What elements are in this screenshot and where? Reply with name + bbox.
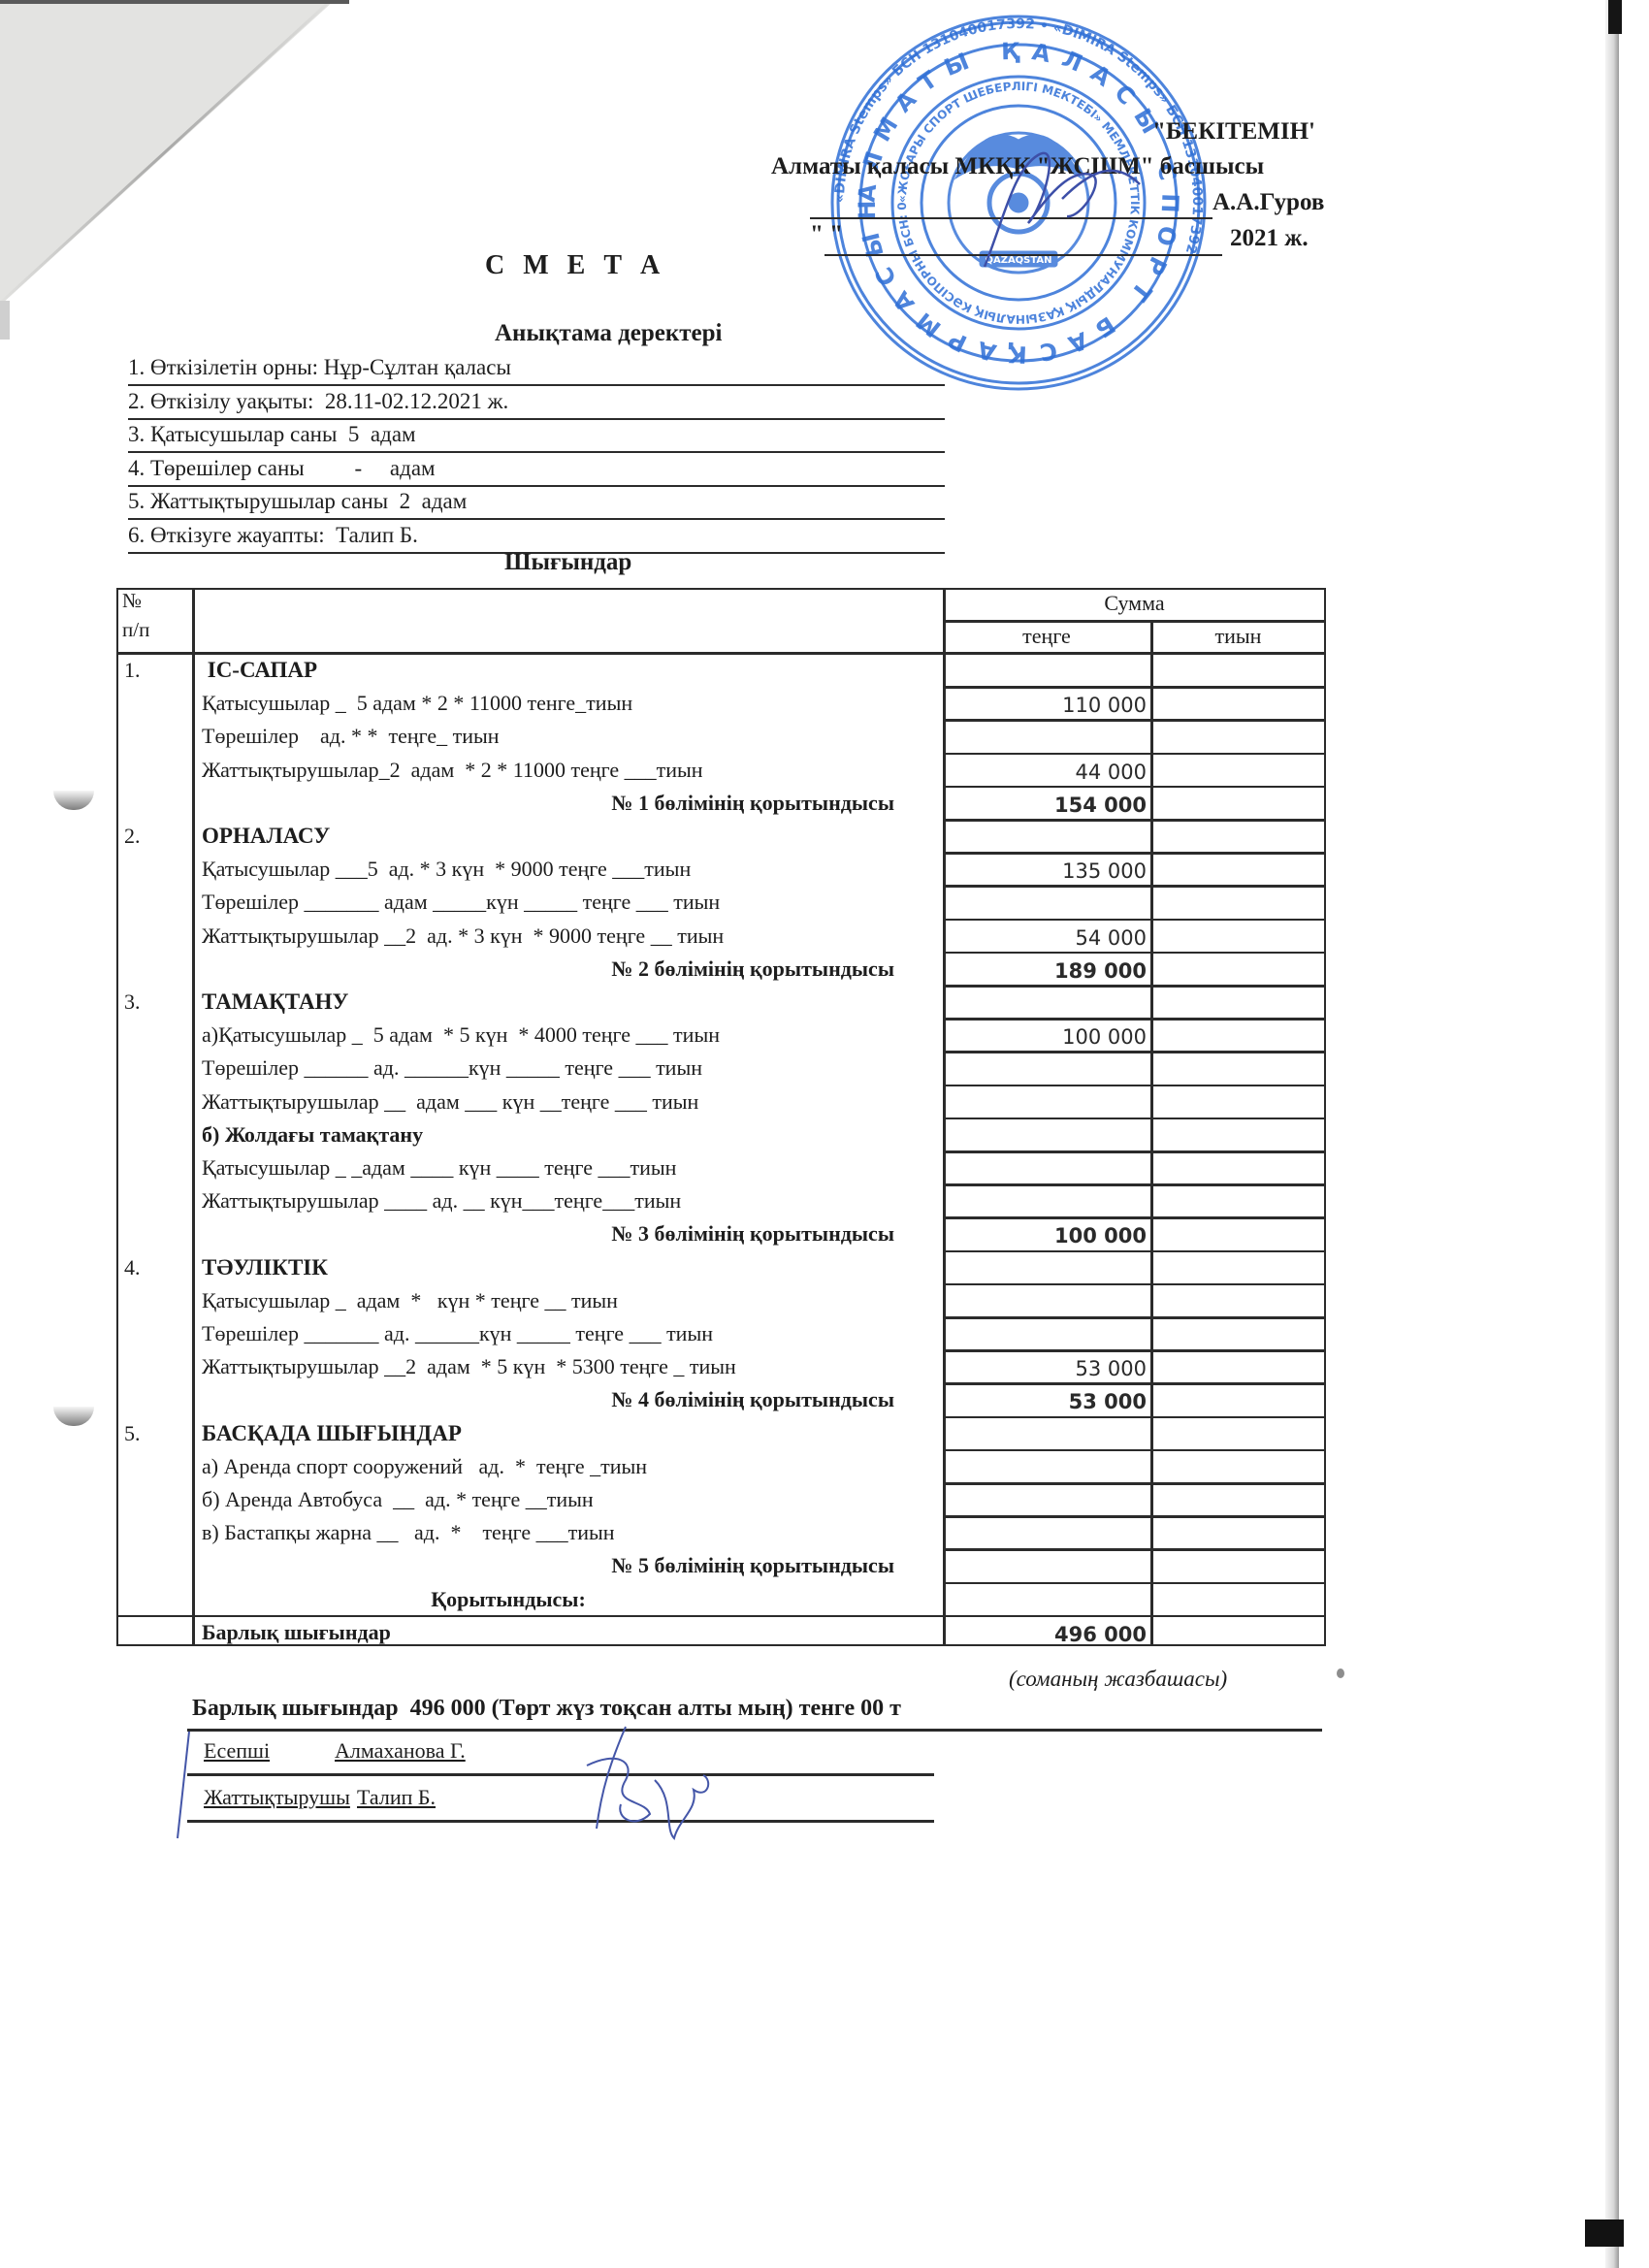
header-sum: Сумма bbox=[943, 587, 1326, 620]
scan-edge-top bbox=[0, 0, 349, 4]
expense-line: б) Жолдағы тамақтану bbox=[202, 1118, 423, 1151]
row-divider bbox=[943, 885, 1326, 888]
amount-in-words-note: (соманың жазбашасы) bbox=[1009, 1667, 1227, 1692]
director-signature bbox=[946, 131, 1159, 276]
tenge-value: 44 000 bbox=[945, 756, 1147, 789]
scan-edge-left bbox=[0, 301, 10, 340]
info-line: 4. Төрешілер саны - адам bbox=[128, 452, 945, 487]
row-number: 2. bbox=[124, 820, 141, 853]
approval-date-prefix: " " bbox=[810, 221, 843, 248]
approval-date-year: 2021 ж. bbox=[1230, 225, 1309, 252]
expenses-table: № п/п Сумма теңге тиын 1. ІС-САПАРҚатысу… bbox=[116, 588, 1326, 1646]
expense-line: Жаттықтырушылар __2 ад. * 3 күн * 9000 т… bbox=[202, 920, 724, 953]
section-title: БАСҚАДА ШЫҒЫНДАР bbox=[202, 1417, 462, 1450]
total-in-words: Барлық шығындар 496 000 (Төрт жүз тоқсан… bbox=[192, 1696, 901, 1722]
expense-line: Төрешілер _______ ад. ______күн _____ те… bbox=[202, 1317, 713, 1350]
grand-total-label: Қорытындысы: bbox=[198, 1583, 819, 1616]
row-divider bbox=[943, 1051, 1326, 1053]
expense-line: Қатысушылар _ _адам ____ күн ____ теңге … bbox=[202, 1151, 676, 1184]
row-number: 1. bbox=[124, 654, 141, 687]
row-divider bbox=[943, 819, 1326, 822]
expense-line: Жаттықтырушылар ____ ад. __ күн___теңге_… bbox=[202, 1184, 681, 1217]
row-divider bbox=[943, 1283, 1326, 1286]
info-heading: Анықтама деректері bbox=[495, 320, 722, 347]
row-divider bbox=[943, 1085, 1326, 1087]
col-divider-tiyn bbox=[1150, 622, 1153, 1645]
row-divider bbox=[943, 985, 1326, 988]
row-divider bbox=[943, 1416, 1326, 1419]
approval-name: А.А.Гуров bbox=[1212, 189, 1324, 216]
tenge-value: 135 000 bbox=[945, 855, 1147, 888]
expense-line: в) Бастапқы жарна __ ад. * теңге ___тиын bbox=[202, 1516, 615, 1549]
tenge-value: 100 000 bbox=[945, 1219, 1147, 1252]
header-tenge: теңге bbox=[943, 620, 1150, 653]
section-subtotal-label: № 5 бөлімінің қорытындысы bbox=[198, 1549, 894, 1582]
section-subtotal-label: № 1 бөлімінің қорытындысы bbox=[198, 787, 894, 820]
section-title: ІС-САПАР bbox=[202, 654, 317, 687]
row-divider bbox=[943, 1482, 1326, 1485]
section-subtotal-label: № 2 бөлімінің қорытындысы bbox=[198, 953, 894, 986]
expense-line: Төрешілер ______ ад. ______күн _____ тең… bbox=[202, 1052, 702, 1085]
expense-line: Жаттықтырушылар_2 адам * 2 * 11000 теңге… bbox=[202, 754, 703, 787]
row-divider bbox=[943, 1150, 1326, 1153]
tenge-value: 110 000 bbox=[945, 689, 1147, 722]
section-title: ТАМАҚТАНУ bbox=[202, 986, 348, 1019]
punch-hole-upper bbox=[53, 791, 94, 810]
info-line: 2. Өткізілу уақыты: 28.11-02.12.2021 ж. bbox=[128, 385, 945, 420]
row-divider bbox=[943, 1548, 1326, 1551]
ink-smudge bbox=[1337, 1669, 1344, 1678]
row-divider bbox=[943, 1515, 1326, 1518]
row-number: 3. bbox=[124, 986, 141, 1019]
expenses-heading: Шығындар bbox=[504, 549, 631, 576]
section-title: ТӘУЛІКТІК bbox=[202, 1251, 328, 1284]
row-divider bbox=[943, 1250, 1326, 1253]
info-line: 3. Қатысушылар саны 5 адам bbox=[128, 418, 945, 453]
row-divider bbox=[943, 1183, 1326, 1186]
info-line: 1. Өткізілетін орны: Нұр-Сұлтан қаласы bbox=[128, 351, 945, 386]
tenge-value: 53 000 bbox=[945, 1352, 1147, 1385]
expense-line: Төрешілер _______ адам _____күн _____ те… bbox=[202, 886, 720, 919]
info-line: 5. Жаттықтырушылар саны 2 адам bbox=[128, 485, 945, 520]
section-subtotal-label: № 3 бөлімінің қорытындысы bbox=[198, 1217, 894, 1250]
document-title: С М Е Т А bbox=[485, 250, 665, 281]
approval-heading: "БЕКІТЕМІН' bbox=[1152, 118, 1315, 146]
folded-page-corner bbox=[0, 0, 335, 306]
expense-line: Төрешілер ад. * * теңге_ тиын bbox=[202, 720, 500, 753]
expense-line: а)Қатысушылар _ 5 адам * 5 күн * 4000 те… bbox=[202, 1019, 720, 1052]
expense-line: б) Аренда Автобуса __ ад. * теңге __тиын bbox=[202, 1483, 594, 1516]
header-number: № п/п bbox=[122, 586, 149, 644]
total-label: Барлық шығындар bbox=[202, 1616, 391, 1649]
row-divider bbox=[943, 1582, 1326, 1585]
scan-border-bottom-right bbox=[1585, 2219, 1624, 2247]
tenge-value: 53 000 bbox=[945, 1385, 1147, 1418]
row-divider bbox=[943, 1449, 1326, 1452]
expense-line: Қатысушылар _ адам * күн * теңге __ тиын bbox=[202, 1284, 618, 1317]
expense-line: Жаттықтырушылар __ адам ___ күн __теңге … bbox=[202, 1085, 698, 1118]
handwritten-signatures bbox=[170, 1722, 752, 1848]
expense-line: Жаттықтырушылар __2 адам * 5 күн * 5300 … bbox=[202, 1350, 736, 1383]
section-subtotal-label: № 4 бөлімінің қорытындысы bbox=[198, 1383, 894, 1416]
scan-border-top-right bbox=[1608, 0, 1622, 34]
scan-edge-right bbox=[1605, 0, 1619, 2268]
col-divider-number bbox=[192, 590, 195, 1645]
tenge-value: 100 000 bbox=[945, 1021, 1147, 1053]
header-tiyn: тиын bbox=[1150, 620, 1326, 653]
expense-line: а) Аренда спорт сооружений ад. * теңге _… bbox=[202, 1450, 647, 1483]
tenge-value: 189 000 bbox=[945, 955, 1147, 988]
section-title: ОРНАЛАСУ bbox=[202, 820, 330, 853]
expense-line: Қатысушылар ___5 ад. * 3 күн * 9000 теңг… bbox=[202, 853, 691, 886]
punch-hole-lower bbox=[53, 1407, 94, 1426]
row-divider bbox=[943, 719, 1326, 722]
row-number: 4. bbox=[124, 1251, 141, 1284]
tenge-value: 54 000 bbox=[945, 922, 1147, 955]
row-divider bbox=[943, 1316, 1326, 1319]
row-number: 5. bbox=[124, 1417, 141, 1450]
tenge-value: 154 000 bbox=[945, 789, 1147, 822]
expense-line: Қатысушылар _ 5 адам * 2 * 11000 тенге_т… bbox=[202, 687, 632, 720]
total-tenge-value: 496 000 bbox=[945, 1618, 1147, 1651]
row-divider bbox=[943, 1118, 1326, 1120]
